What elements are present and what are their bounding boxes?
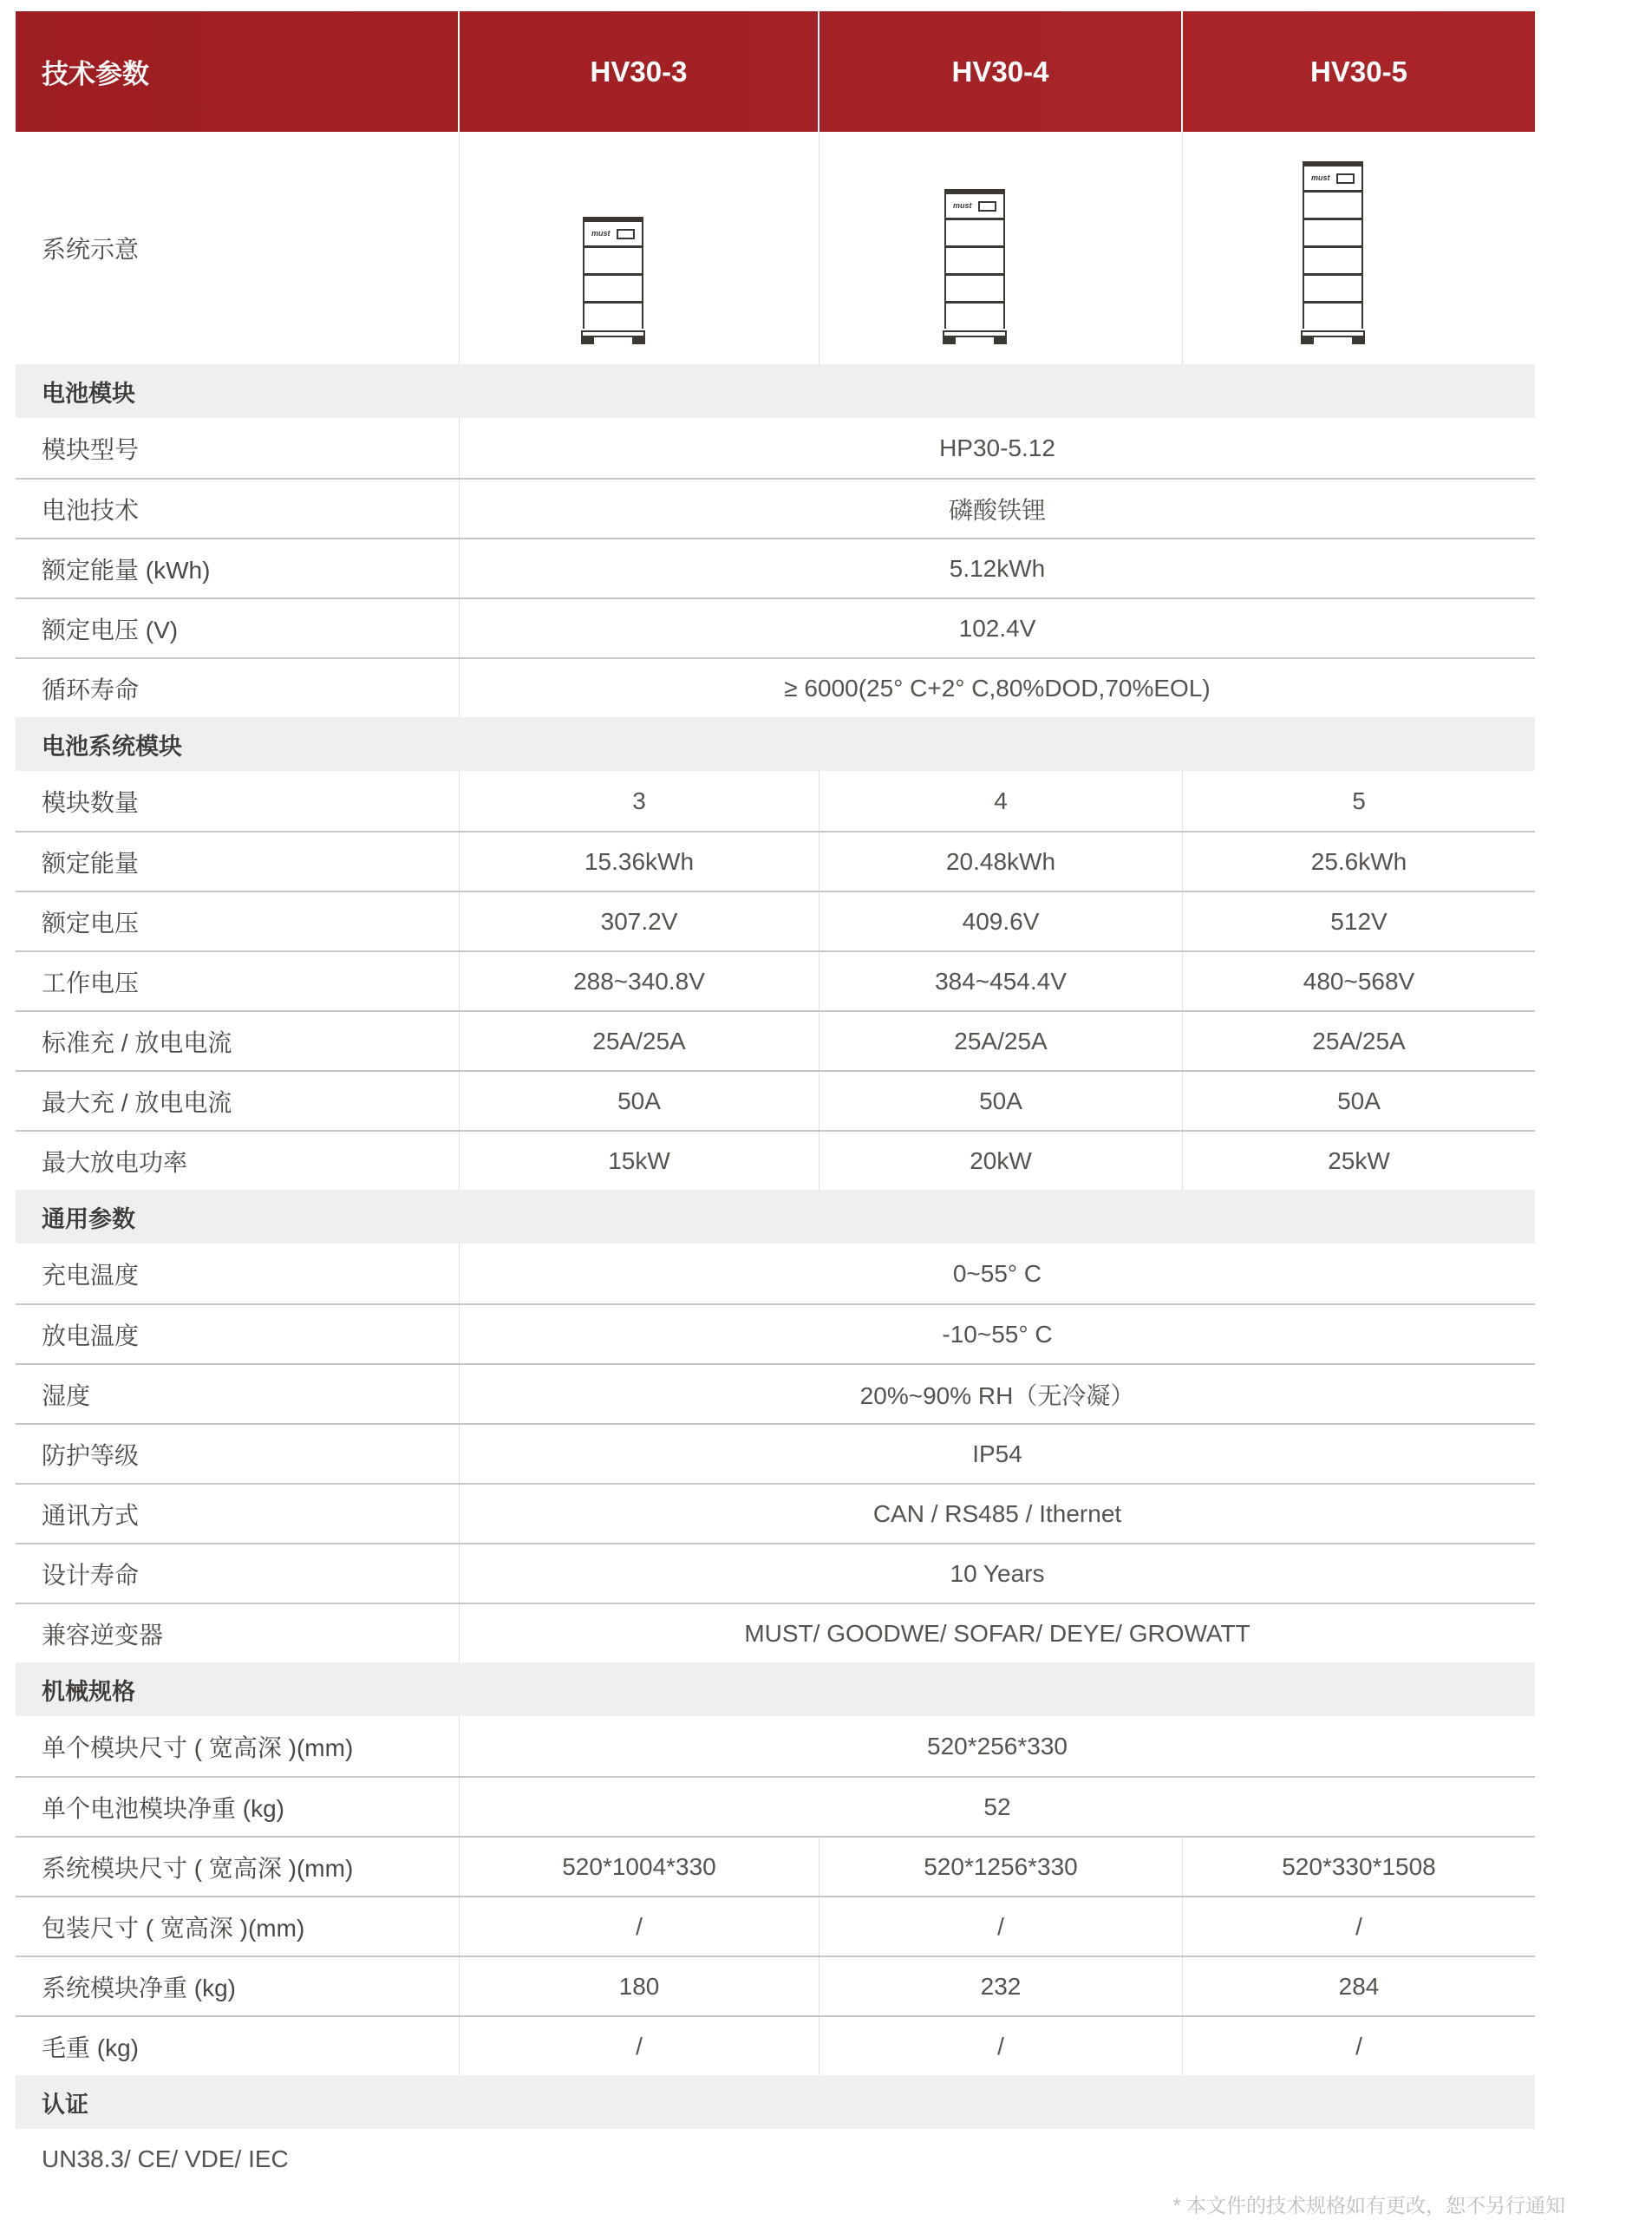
row-label: 模块数量 — [16, 771, 460, 831]
device-foot — [943, 337, 956, 344]
spec-row: 额定电压 307.2V 409.6V 512V — [16, 891, 1535, 950]
battery-module — [583, 245, 643, 273]
row-value: 10 Years — [460, 1544, 1535, 1603]
row-value: 52 — [460, 1778, 1535, 1836]
row-label: 额定能量 (kWh) — [16, 539, 460, 597]
device-feet — [581, 337, 645, 344]
header-title: 技术参数 — [16, 11, 460, 132]
row-label: 工作电压 — [16, 952, 460, 1010]
row-value-hv30-3: 15kW — [460, 1132, 819, 1190]
row-label: 系统模块尺寸 ( 宽高深 )(mm) — [16, 1838, 460, 1896]
battery-module — [583, 273, 643, 301]
device-controller: must — [944, 194, 1005, 218]
row-value-hv30-5: 520*330*1508 — [1183, 1838, 1535, 1896]
row-value-hv30-5: 25.6kWh — [1183, 832, 1535, 891]
row-value: -10~55° C — [460, 1305, 1535, 1363]
section-battery-module: 模块型号 HP30-5.12 电池技术 磷酸铁锂 额定能量 (kWh) 5.12… — [16, 418, 1535, 717]
spec-row: 防护等级 IP54 — [16, 1423, 1535, 1483]
row-value-hv30-3: 15.36kWh — [460, 832, 819, 891]
row-value-hv30-4: 20.48kWh — [819, 832, 1183, 891]
certification-value: UN38.3/ CE/ VDE/ IEC — [16, 2129, 1535, 2189]
row-label: 额定电压 — [16, 892, 460, 950]
row-value: ≥ 6000(25° C+2° C,80%DOD,70%EOL) — [460, 659, 1535, 717]
hv30-5-battery-tower-illustration: must — [1303, 161, 1363, 344]
system-diagram-row: 系统示意 must — [16, 132, 1535, 364]
row-value-hv30-4: / — [819, 1897, 1183, 1956]
section-header-battery-system: 电池系统模块 — [16, 717, 1535, 771]
spec-table: 技术参数 HV30-3 HV30-4 HV30-5 系统示意 must — [16, 11, 1535, 2189]
row-label: 循环寿命 — [16, 659, 460, 717]
row-label: 充电温度 — [16, 1244, 460, 1303]
device-feet — [943, 337, 1007, 344]
spec-row: 毛重 (kg) / / / — [16, 2015, 1535, 2075]
row-value-hv30-5: / — [1183, 2017, 1535, 2075]
battery-module — [1303, 273, 1363, 301]
row-value-hv30-5: 25A/25A — [1183, 1012, 1535, 1070]
spec-row: 工作电压 288~340.8V 384~454.4V 480~568V — [16, 950, 1535, 1010]
row-label: 系统模块净重 (kg) — [16, 1957, 460, 2015]
spec-row: 单个模块尺寸 ( 宽高深 )(mm) 520*256*330 — [16, 1716, 1535, 1776]
row-label: 通讯方式 — [16, 1485, 460, 1543]
row-label: 设计寿命 — [16, 1544, 460, 1603]
battery-module — [1303, 301, 1363, 329]
spec-row: 额定电压 (V) 102.4V — [16, 597, 1535, 657]
section-header-mechanical: 机械规格 — [16, 1662, 1535, 1716]
row-value: 20%~90% RH（无冷凝） — [460, 1365, 1535, 1423]
disclaimer-footnote: * 本文件的技术规格如有更改，恕不另行通知 — [1173, 2195, 1565, 2217]
row-value-hv30-4: 409.6V — [819, 892, 1183, 950]
device-controller: must — [583, 222, 643, 245]
spec-row: 系统模块净重 (kg) 180 232 284 — [16, 1956, 1535, 2015]
row-label: 单个电池模块净重 (kg) — [16, 1778, 460, 1836]
device-base — [1301, 330, 1365, 337]
row-label: 最大充 / 放电电流 — [16, 1072, 460, 1130]
device-foot — [581, 337, 594, 344]
row-label: 兼容逆变器 — [16, 1604, 460, 1662]
row-value: 520*256*330 — [460, 1716, 1535, 1776]
section-header-general: 通用参数 — [16, 1190, 1535, 1244]
spec-row: 湿度 20%~90% RH（无冷凝） — [16, 1363, 1535, 1423]
row-value-hv30-3: 50A — [460, 1072, 819, 1130]
row-value-hv30-3: 307.2V — [460, 892, 819, 950]
row-value: 5.12kWh — [460, 539, 1535, 597]
battery-module — [944, 218, 1005, 245]
battery-module — [944, 245, 1005, 273]
row-value-hv30-5: 25kW — [1183, 1132, 1535, 1190]
spec-row: 标准充 / 放电电流 25A/25A 25A/25A 25A/25A — [16, 1010, 1535, 1070]
row-value: 0~55° C — [460, 1244, 1535, 1303]
row-label: 毛重 (kg) — [16, 2017, 460, 2075]
device-foot — [1352, 337, 1365, 344]
battery-module — [1303, 218, 1363, 245]
spec-row: 包装尺寸 ( 宽高深 )(mm) / / / — [16, 1896, 1535, 1956]
device-display — [978, 201, 996, 212]
battery-module — [583, 301, 643, 329]
row-value-hv30-4: 20kW — [819, 1132, 1183, 1190]
row-value-hv30-5: 512V — [1183, 892, 1535, 950]
row-value-hv30-5: 480~568V — [1183, 952, 1535, 1010]
brand-logo: must — [1311, 174, 1330, 182]
row-label: 标准充 / 放电电流 — [16, 1012, 460, 1070]
device-base — [943, 330, 1007, 337]
system-cell-hv30-4: must — [819, 132, 1183, 364]
spec-row: 单个电池模块净重 (kg) 52 — [16, 1776, 1535, 1836]
spec-row: 最大充 / 放电电流 50A 50A 50A — [16, 1070, 1535, 1130]
row-value-hv30-3: / — [460, 1897, 819, 1956]
row-label: 最大放电功率 — [16, 1132, 460, 1190]
brand-logo: must — [953, 202, 972, 210]
spec-row: 通讯方式 CAN / RS485 / Ithernet — [16, 1483, 1535, 1543]
system-cell-hv30-5: must — [1183, 132, 1535, 364]
row-value-hv30-3: 520*1004*330 — [460, 1838, 819, 1896]
spec-row: 最大放电功率 15kW 20kW 25kW — [16, 1130, 1535, 1190]
spec-row: 充电温度 0~55° C — [16, 1244, 1535, 1303]
row-value-hv30-5: 284 — [1183, 1957, 1535, 2015]
row-value: HP30-5.12 — [460, 418, 1535, 478]
device-base — [581, 330, 645, 337]
section-battery-system: 模块数量 3 4 5 额定能量 15.36kWh 20.48kWh 25.6kW… — [16, 771, 1535, 1190]
spec-row: 额定能量 (kWh) 5.12kWh — [16, 538, 1535, 597]
spec-row: 模块型号 HP30-5.12 — [16, 418, 1535, 478]
hv30-3-battery-tower-illustration: must — [583, 217, 643, 344]
spec-row: 设计寿命 10 Years — [16, 1543, 1535, 1603]
row-value-hv30-3: 25A/25A — [460, 1012, 819, 1070]
row-label: 模块型号 — [16, 418, 460, 478]
row-value: IP54 — [460, 1425, 1535, 1483]
row-label: 单个模块尺寸 ( 宽高深 )(mm) — [16, 1716, 460, 1776]
spec-row: 模块数量 3 4 5 — [16, 771, 1535, 831]
device-foot — [1301, 337, 1314, 344]
row-label: 放电温度 — [16, 1305, 460, 1363]
system-cell-hv30-3: must — [460, 132, 819, 364]
device-controller: must — [1303, 166, 1363, 190]
hv30-4-battery-tower-illustration: must — [944, 189, 1005, 344]
battery-module — [944, 273, 1005, 301]
header-col-hv30-4: HV30-4 — [819, 11, 1183, 132]
header-col-hv30-3: HV30-3 — [460, 11, 819, 132]
header-col-hv30-5: HV30-5 — [1183, 11, 1535, 132]
row-value-hv30-4: 384~454.4V — [819, 952, 1183, 1010]
row-value-hv30-5: / — [1183, 1897, 1535, 1956]
spec-row: 循环寿命 ≥ 6000(25° C+2° C,80%DOD,70%EOL) — [16, 657, 1535, 717]
row-label: 防护等级 — [16, 1425, 460, 1483]
spec-row: 额定能量 15.36kWh 20.48kWh 25.6kWh — [16, 831, 1535, 891]
row-value-hv30-3: 3 — [460, 771, 819, 831]
row-value: MUST/ GOODWE/ SOFAR/ DEYE/ GROWATT — [460, 1604, 1535, 1662]
spec-sheet-page: 技术参数 HV30-3 HV30-4 HV30-5 系统示意 must — [0, 0, 1652, 2220]
spec-row: 系统模块尺寸 ( 宽高深 )(mm) 520*1004*330 520*1256… — [16, 1836, 1535, 1896]
system-row-label: 系统示意 — [16, 132, 460, 364]
section-header-certification: 认证 — [16, 2075, 1535, 2129]
section-general: 充电温度 0~55° C 放电温度 -10~55° C 湿度 20%~90% R… — [16, 1244, 1535, 1662]
spec-row: 兼容逆变器 MUST/ GOODWE/ SOFAR/ DEYE/ GROWATT — [16, 1603, 1535, 1662]
row-value-hv30-4: 232 — [819, 1957, 1183, 2015]
row-value-hv30-5: 5 — [1183, 771, 1535, 831]
spec-row: 电池技术 磷酸铁锂 — [16, 478, 1535, 538]
section-header-battery-module: 电池模块 — [16, 364, 1535, 418]
row-value-hv30-4: 50A — [819, 1072, 1183, 1130]
row-value-hv30-3: 180 — [460, 1957, 819, 2015]
row-value: 102.4V — [460, 599, 1535, 657]
spec-row: 放电温度 -10~55° C — [16, 1303, 1535, 1363]
battery-module — [944, 301, 1005, 329]
row-value-hv30-3: / — [460, 2017, 819, 2075]
device-foot — [632, 337, 645, 344]
device-display — [1336, 173, 1355, 184]
row-label: 湿度 — [16, 1365, 460, 1423]
device-foot — [994, 337, 1007, 344]
row-value-hv30-4: 520*1256*330 — [819, 1838, 1183, 1896]
row-value: CAN / RS485 / Ithernet — [460, 1485, 1535, 1543]
row-value-hv30-3: 288~340.8V — [460, 952, 819, 1010]
row-label: 额定能量 — [16, 832, 460, 891]
table-header: 技术参数 HV30-3 HV30-4 HV30-5 — [16, 11, 1535, 132]
row-label: 电池技术 — [16, 480, 460, 538]
row-label: 额定电压 (V) — [16, 599, 460, 657]
row-value-hv30-4: 4 — [819, 771, 1183, 831]
device-feet — [1301, 337, 1365, 344]
brand-logo: must — [591, 230, 611, 238]
row-value-hv30-5: 50A — [1183, 1072, 1535, 1130]
row-value-hv30-4: / — [819, 2017, 1183, 2075]
battery-module — [1303, 245, 1363, 273]
battery-module — [1303, 190, 1363, 218]
row-value: 磷酸铁锂 — [460, 480, 1535, 538]
row-label: 包装尺寸 ( 宽高深 )(mm) — [16, 1897, 460, 1956]
device-display — [617, 229, 635, 239]
section-mechanical: 单个模块尺寸 ( 宽高深 )(mm) 520*256*330 单个电池模块净重 … — [16, 1716, 1535, 2075]
row-value-hv30-4: 25A/25A — [819, 1012, 1183, 1070]
